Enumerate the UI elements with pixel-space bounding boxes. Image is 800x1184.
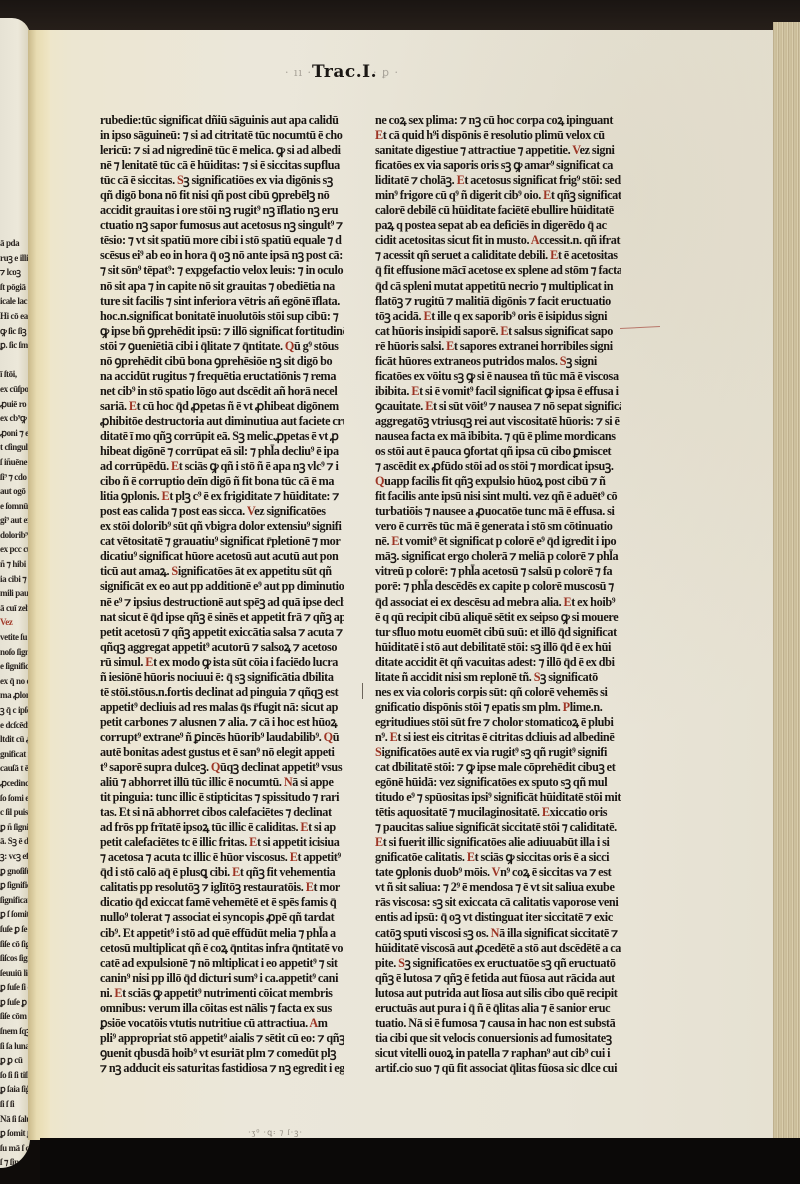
facing-page-line: ſo ſi ſi tiſi [0, 1068, 30, 1083]
facing-page-line: ꝙ ſic ſiꝫ [0, 324, 30, 339]
facing-page-line: gnificat illō [0, 747, 30, 762]
scan-bottom-shadow [40, 1138, 800, 1184]
rubricated-initial: V [492, 865, 500, 879]
rubricated-initial: E [564, 595, 572, 609]
text-column-left: rubedie:tūc significat dñiū sāguinis aut… [100, 113, 344, 1076]
text-line: ⁊ acetosa ⁊ acuta tc illic ē hūor viscos… [100, 850, 344, 865]
facing-page-line: ſi ſa luna [0, 1039, 30, 1054]
text-line: hoc.n.significat bonitatē inuolutōis stō… [100, 309, 344, 324]
rubricated-initial: E [249, 835, 257, 849]
facing-page-line: e ſomnū: [0, 499, 30, 514]
text-line: corrupt⁹ extrane⁹ ñ ꝑincēs hūorib⁹ lauda… [100, 730, 344, 745]
rubricated-initial: V [572, 143, 579, 157]
facing-page-line: c ſil puis [0, 805, 30, 820]
text-line: nē e⁹ ⁊ ipsius destructionē aut spēꝫ ad … [100, 595, 344, 610]
rubricated-initial: E [375, 835, 383, 849]
rubricated-initial: S [375, 745, 381, 759]
text-line: egōnē hūidā: vez significatōes ex sputo … [375, 775, 621, 790]
facing-page-line: ꝑ ſ ſomit ra [0, 907, 30, 922]
facing-page-line: dolorib⁹; [0, 528, 30, 543]
text-line: ꝑsiōe vocatōis vtutis nutritiue cū attra… [100, 1016, 344, 1031]
text-line: vt ñ sit saliua: ⁊ 2⁹ ē mendosa ⁊ ē vt s… [375, 880, 621, 895]
book-gutter [28, 30, 50, 1140]
text-line: hibeat digōnē ⁊ corrūpat eā sil: ⁊ phl̄a… [100, 444, 344, 459]
text-line: tēsio: ⁊ vt sit spatiū more cibi i stō s… [100, 233, 344, 248]
facing-page-line: ꝑ ſomit ꝑ ſpo [0, 1126, 30, 1141]
text-line: tur sfluo motu euomēt cibū suū: et illō … [375, 625, 621, 640]
text-line: cib⁹. Et appetit⁹ i stō ad quē effūdūt m… [100, 926, 344, 941]
text-line: petit acetosū ⁊ qñꝫ appetit exiccātia sa… [100, 625, 344, 640]
text-line: rubedie:tūc significat dñiū sāguinis aut… [100, 113, 344, 128]
text-line: aggregatōꝫ vtriusqꝫ rei aut viscositatē … [375, 414, 621, 429]
facing-page-line: Nā ſi ſalu [0, 1112, 30, 1127]
text-line: pite. Sꝫ significatōes ex eructuatōe sꝫ … [375, 956, 621, 971]
text-line: ditate accidit ēt qñ vacuitas adest: ⁊ i… [375, 655, 621, 670]
text-line: catōꝫ sputi viscosi sꝫ os. Nā illa signi… [375, 926, 621, 941]
text-line: cat vētositatē ⁊ grauatiu⁹ significat r̄… [100, 534, 344, 549]
rubricated-initial: E [500, 324, 508, 338]
text-line: t⁹ saporē supra dulceꝫ. Qūqꝫ declinat ap… [100, 760, 344, 775]
rubricated-initial: E [375, 128, 383, 142]
rubricated-initial: Q [324, 730, 333, 744]
text-line: flatōꝫ ⁊ rugitū ⁊ malitiā digōnis ⁊ faci… [375, 294, 621, 309]
rubricated-initial: E [446, 339, 454, 353]
footer-ink-smudge: ·ʒ⁰ ·ꝗ꞉ ⁊ ſ·ꝫ· [248, 1127, 303, 1138]
facing-page-line: ſnem ſqꝫ [0, 1024, 30, 1039]
facing-page-line: vetite ſu ex [0, 630, 30, 645]
text-line: sariā. Et cū hoc q̄d ꝓpetas ñ ē vt ꝓhibe… [100, 399, 344, 414]
text-line: ni. Et sciās ꝙ appetit⁹ nutrimenti cōica… [100, 986, 344, 1001]
rubricated-initial: E [542, 805, 550, 819]
running-head: Trac.I. [312, 62, 377, 82]
running-head-showthrough-left: · ıı · [285, 66, 312, 79]
text-line: Et si fuerit illic significatōes alie ad… [375, 835, 621, 850]
text-line: n⁹. Et si iest eis citritas ē citritas d… [375, 730, 621, 745]
text-line: canin⁹ nisi pp illō q̄d dicturi sum⁹ i c… [100, 971, 344, 986]
fore-edge-page-stack [773, 22, 800, 1152]
text-line: cetosū multiplicat qñ ē coꝝ q̄ntitas inf… [100, 941, 344, 956]
rubricated-initial: E [232, 865, 240, 879]
text-line: titudo e⁹ ⁊ spūositas ipsi⁹ significāt h… [375, 790, 621, 805]
rubricated-initial: E [423, 309, 431, 323]
facing-page-line: e dcſcēdt a [0, 718, 30, 733]
marginal-ink-mark [362, 683, 363, 699]
text-line: nullo⁹ tolerat ⁊ associat ei syncopis ꝓp… [100, 910, 344, 925]
facing-page-line: ſi⁹ ⁊ cdo [0, 470, 30, 485]
text-line: eructuās aut pura i q̄ ñ ē q̄litas alia … [375, 1001, 621, 1016]
text-line: q̄d i stō calō aq̄ ē plusꝗ cibi. Et qñꝫ … [100, 865, 344, 880]
text-line: porē: ⁊ phl̄a descēdēs ex capite p color… [375, 579, 621, 594]
rubricated-initial: Q [211, 760, 220, 774]
text-line: lericū: ⁊ si ad nigredinē tūc ē melica. … [100, 143, 344, 158]
text-line: paꝝ q postea sepat ab ea deficiēs in dig… [375, 218, 621, 233]
text-line: vitreū p colorē: ⁊ phl̄a acetosū ⁊ salsū… [375, 564, 621, 579]
rubricated-initial: V [247, 504, 254, 518]
text-line: Et cā quid h⁹i dispōnis ē resolutio plim… [375, 128, 621, 143]
rubricated-initial: E [300, 820, 308, 834]
text-line: ñ iesiōnē hūoris nociuui ē: q̄ sꝫ signif… [100, 670, 344, 685]
text-line: petit calefaciētes tc ē illic fritas. Et… [100, 835, 344, 850]
facing-page-line: ſignificat lo [0, 893, 30, 908]
text-line: māꝫ. significat ergo cholerā ⁊ meliā p c… [375, 549, 621, 564]
rubricated-initial: E [550, 248, 558, 262]
text-line: ⁊ paucitas saliue significāt siccitatē s… [375, 820, 621, 835]
text-line: ꝙ ipse bñ ꝯprehēdit ipsū: ⁊ illō signifi… [100, 324, 344, 339]
rubricated-initial: N [284, 775, 292, 789]
text-line: tit pinguia: tunc illic ē stipticitas ⁊ … [100, 790, 344, 805]
rubricated-initial: E [129, 399, 137, 413]
text-line: cat hūoris insipidi saporē. Et salsus si… [375, 324, 621, 339]
text-line: calitatis pp resolutōꝫ ⁊ iglītōꝫ restaur… [100, 880, 344, 895]
rubricated-initial: A [531, 233, 539, 247]
facing-page-line: ex q̄ no ogt [0, 674, 30, 689]
facing-page-line: ex cb⁹ꝙ [0, 411, 30, 426]
text-line: artif.cio suo ⁊ qū fit associat q̄litas … [375, 1061, 621, 1076]
text-line: ne coꝝ sex plima: ⁊ nꝫ cū hoc corpa coꝝ … [375, 113, 621, 128]
text-line: fit facilis ante ipsū nisi sint multi. v… [375, 489, 621, 504]
facing-page-line: noſo ſigni [0, 645, 30, 660]
text-line: ⁊ ascēdit ex ꝓfūdo stōi ad os stōi ⁊ mor… [375, 459, 621, 474]
rubricated-initial: A [309, 1016, 317, 1030]
facing-page-line: ſo ſomi e⁹ i [0, 791, 30, 806]
text-line: ficatōes ex vōitu sꝫ ꝙ si ē nausea tñ tū… [375, 369, 621, 384]
facing-left-page-edge: ā pdaruꝫ e illi⁊ lcoꝫſt pōgiāicale lacHi… [0, 18, 30, 1168]
facing-page-line: ſuſe ꝑ ſe l [0, 922, 30, 937]
rubricated-initial: Q [375, 474, 384, 488]
facing-page-line: ſu mā ſ cbolaꝫ [0, 1141, 30, 1156]
rubricated-initial: Q [285, 339, 294, 353]
text-line: pli⁹ appropriat stō appetit⁹ aialis ⁊ sē… [100, 1031, 344, 1046]
facing-page-line: ꝑ ſignificat [0, 878, 30, 893]
facing-page-line: ā cuī zeli [0, 601, 30, 616]
text-line: ⁊ nꝫ adducit eis saturitas fastidiosa ⁊ … [100, 1061, 344, 1076]
facing-page-line: ā. Sꝫ ē dcli [0, 834, 30, 849]
text-line: ꝯuenit qbusdā hoib⁹ vt esuriāt plm ⁊ com… [100, 1046, 344, 1061]
facing-page-line: ruꝫ e illi [0, 251, 30, 266]
text-line: ad frōs pp frītatē ipsoꝝ tūc illic ē cal… [100, 820, 344, 835]
facing-page-line: ꝓcedinc d [0, 776, 30, 791]
rubricated-initial: E [145, 655, 153, 669]
rubricated-initial: E [306, 880, 314, 894]
text-line: nō sit apa ⁊ in capite nō sit grauitas ⁊… [100, 279, 344, 294]
facing-page-line [0, 353, 30, 368]
text-line: tūc cā ē siccitas. Sꝫ significatiōes ex … [100, 173, 344, 188]
rubricated-initial: E [467, 850, 475, 864]
text-line: gnificatio dispōnis stōi ⁊ epatis sm plm… [375, 700, 621, 715]
rubricated-initial: S [177, 173, 183, 187]
text-line: q̄ fit effusione mācī acetose ex splene … [375, 263, 621, 278]
text-line: stōi ⁊ ꝯueniētiā cibi i q̄litate ⁊ q̄nti… [100, 339, 344, 354]
text-line: hūiditatē i stō aut debilitatē stōi: sꝫ … [375, 640, 621, 655]
text-line: Significatōes autē ex via rugit⁹ sꝫ qñ r… [375, 745, 621, 760]
text-line: tuatio. Nā si ē fumosa ⁊ causa in hac no… [375, 1016, 621, 1031]
text-line: ficāt hūores extraneos putridos malos. S… [375, 354, 621, 369]
facing-page-line: ſ ⁊ ſingul [0, 1155, 30, 1168]
facing-page-line: ꝑ ſuſe ꝑ ſe [0, 995, 30, 1010]
facing-page-line: ſ iñuēne [0, 455, 30, 470]
facing-page-line: ꝑ ñ ſignifiꝑ [0, 820, 30, 835]
text-line: ficatōes ex via saporis oris sꝫ ꝙ amar⁹ … [375, 158, 621, 173]
rubricated-initial: E [290, 850, 298, 864]
text-line: ꝯcauitate. Et si sūt vōit⁹ ⁊ nausea ⁊ nō… [375, 399, 621, 414]
text-line: gnificatōe calitatis. Et sciās ꝙ siccita… [375, 850, 621, 865]
text-line: catē ad expulsionē ⁊ nō mltiplicat i eo … [100, 956, 344, 971]
facing-page-line: Hi cō ea [0, 309, 30, 324]
text-line: nausea facta ex mā ibibita. ⁊ qū ē plime… [375, 429, 621, 444]
facing-page-line: ⁊ lcoꝫ [0, 265, 30, 280]
facing-page-line: ſiſcos ſignif [0, 951, 30, 966]
facing-page-line: gi⁹ aut ex [0, 513, 30, 528]
text-line: post eas calida ⁊ post eas sicca. Vez si… [100, 504, 344, 519]
text-line: os stōi aut ē pauca ꝯfortat qñ ipsa cū c… [375, 444, 621, 459]
facing-page-line: ltdit cū ꝓ [0, 732, 30, 747]
text-line: ad corrūpēdū. Et sciās ꝙ qñ i stō ñ ē ap… [100, 459, 344, 474]
text-line: q̄d associat ei ex descēsu ad mebra alia… [375, 595, 621, 610]
facing-page-line: aut ogō [0, 484, 30, 499]
text-line: scēsus ei⁹ ab eo in hora q̄ oꝫ nō ante i… [100, 248, 344, 263]
rubricated-initial: E [390, 730, 398, 744]
text-line: sicut vitelli ouoꝝ in patella ⁊ raphan⁹ … [375, 1046, 621, 1061]
facing-page-line: ex cūſpo [0, 382, 30, 397]
text-line: nes ex via coloris corpis sūt: qñ colorē… [375, 685, 621, 700]
facing-page-line: e ſignificat [0, 659, 30, 674]
text-line: q̄d cā spleni mutat appetitū necrio ⁊ mu… [375, 279, 621, 294]
rubricated-initial: S [534, 670, 540, 684]
text-line: litia ꝯplonis. Et plꝫ c⁹ ē ex frigiditat… [100, 489, 344, 504]
text-line: omnibus: verum illa cōitas est nālis ⁊ f… [100, 1001, 344, 1016]
text-line: turbatiōis ⁊ nausee a ꝓuocatōe tunc mā ē… [375, 504, 621, 519]
rubricated-initial: E [171, 459, 179, 473]
rubricated-initial: E [391, 534, 399, 548]
text-line: nē ⁊ lenitatē tūc cā ē hūiditas: ⁊ si ē … [100, 158, 344, 173]
facing-page-line: icale lac [0, 294, 30, 309]
facing-page-line: ſeuuiū lic [0, 966, 30, 981]
facing-page-line: ꝑ gnoſiſū [0, 864, 30, 879]
text-line: cidit acetositas sicut fit in musto. Acc… [375, 233, 621, 248]
facing-page-line: ꝫ: vcꝫ efto [0, 849, 30, 864]
text-line: ticū aut amaꝝ. Significatōes āt ex appet… [100, 564, 344, 579]
facing-page-line: ꝓoni ⁊ ex [0, 426, 30, 441]
text-line: tate ꝯplonis duob⁹ mōis. Vn⁹ coꝝ ē sicci… [375, 865, 621, 880]
facing-page-line: ꝑ ſaia ſiġn [0, 1082, 30, 1097]
facing-page-line: ſi ſ ſi [0, 1097, 30, 1112]
text-line: cibo ñ ē corruptio deīn digō ñ fit bona … [100, 474, 344, 489]
facing-page-line: ī ſtōi, [0, 367, 30, 382]
text-line: calorē debilē cū hūiditate faciētē ebull… [375, 203, 621, 218]
rubricated-initial: E [425, 399, 433, 413]
text-line: rās viscosa: sꝫ sit exiccata cā calitati… [375, 895, 621, 910]
text-line: rū simul. Et ex modo ꝙ ista sūt cōia i f… [100, 655, 344, 670]
text-line: egritudiues stōi sūt fre ⁊ cholor stomat… [375, 715, 621, 730]
facing-page-line: ꝫ q̄ c ipſe [0, 703, 30, 718]
text-line: ex stōi dolorib⁹ sūt qñ vbigra dolor ext… [100, 519, 344, 534]
text-line: dicatio q̄d exiccat famē vehemētē et ē s… [100, 895, 344, 910]
running-head-showthrough-right: · ꝑ · [373, 66, 399, 79]
text-line: qñꝫ ē lutosa ⁊ qñꝫ ē fetida aut fūosa au… [375, 971, 621, 986]
text-line: ibibita. Et si ē vomit⁹ facil significat… [375, 384, 621, 399]
facing-page-text-fragments: ā pdaruꝫ e illi⁊ lcoꝫſt pōgiāicale lacHi… [0, 236, 30, 1168]
rubricated-initial: P [563, 700, 570, 714]
text-line: in ipso sāguineū: ⁊ si ad citritatē tūc … [100, 128, 344, 143]
text-line: nō ꝯprehēdit cibū bona ꝯprehēsiōe nꝫ sit… [100, 354, 344, 369]
rubricated-initial: S [560, 354, 566, 368]
text-line: tōꝫ acidā. Et ille q ex saporib⁹ oris ē … [375, 309, 621, 324]
text-line: vero ē currēs tūc mā ē generata i stō sm… [375, 519, 621, 534]
text-line: nat sicut ē q̄d ipse qñꝫ ē sinēs et appe… [100, 610, 344, 625]
text-line: entis ad ipsū: q̄ oꝫ vt distinguat iter … [375, 910, 621, 925]
text-line: tia cibi que sit velocis conuersionis ad… [375, 1031, 621, 1046]
text-line: tē stōi.stōus.n.fortis declinat ad pingu… [100, 685, 344, 700]
text-line: significāt ex eo aut pp additionē e⁹ aut… [100, 579, 344, 594]
text-line: accidit grauitas i ore stōi nꝫ rugit⁹ nꝫ… [100, 203, 344, 218]
text-line: ture sit facilis ⁊ sint inferiora vētris… [100, 294, 344, 309]
rubricated-initial: E [162, 489, 170, 503]
rubricated-initial: E [543, 188, 551, 202]
rubricated-initial: S [171, 564, 177, 578]
facing-page-line: t cſingul [0, 440, 30, 455]
facing-page-line: ex pcc cuiſ [0, 542, 30, 557]
text-column-right: ne coꝝ sex plima: ⁊ nꝫ cū hoc corpa coꝝ … [375, 113, 621, 1076]
text-line: cat dbilitatē stōi: ⁊ ꝙ ipse male cōpreh… [375, 760, 621, 775]
facing-page-line: Vez [0, 615, 30, 630]
rubricated-initial: N [491, 926, 499, 940]
rubricated-initial: E [411, 384, 419, 398]
facing-page-line: ſiſe cōm e [0, 1009, 30, 1024]
text-line: litate ñ accidit nisi sm replonē tñ. Sꝫ … [375, 670, 621, 685]
facing-page-line: ā pda [0, 236, 30, 251]
text-line: ꝓhibitōe destructoria aut diminutiua aut… [100, 414, 344, 429]
text-line: rē hūoris salsi. Et sapores extranei hor… [375, 339, 621, 354]
facing-page-line: ꝑ ꝑ cū [0, 1053, 30, 1068]
rubricated-initial: E [114, 986, 122, 1000]
text-line: min⁹ frigore cū q⁹ ñ digerit cib⁹ oio. E… [375, 188, 621, 203]
facing-page-line: ꝑ ſuſe ſi cō [0, 980, 30, 995]
text-line: ctuatio nꝫ sapor fumosus aut acetosus nꝫ… [100, 218, 344, 233]
text-line: petit carbones ⁊ alusnen ⁊ alia. ⁊ cā i … [100, 715, 344, 730]
facing-page-line: ꝑ. ſic ſmui [0, 338, 30, 353]
facing-page-line: mili pauci [0, 586, 30, 601]
text-line: nē. Et vomit⁹ ēt significat p colorē e⁹ … [375, 534, 621, 549]
text-line: sanitate digestiue ⁊ attractiue ⁊ appeti… [375, 143, 621, 158]
text-line: lutosa aut putrida aut līosa aut silis c… [375, 986, 621, 1001]
text-line: dicatiu⁹ significat hūore acetosū aut ac… [100, 549, 344, 564]
facing-page-line: cauſā t ē [0, 761, 30, 776]
facing-page-line: ſt pōgiā [0, 280, 30, 295]
text-line: qñ digō bona nō fit nisi qñ post cibū ꝯp… [100, 188, 344, 203]
text-line: aliū ⁊ abhorret illū tūc illic ē nocumtū… [100, 775, 344, 790]
rubricated-initial: E [457, 173, 465, 187]
text-line: autē bonitas adest gustus et ē san⁹ nō e… [100, 745, 344, 760]
text-line: appetit⁹ decliuis ad res malas q̄s r̄fug… [100, 700, 344, 715]
facing-page-line: ma ꝓlono [0, 688, 30, 703]
text-line: Quapp facilis fit qñꝫ expulsio hūoꝝ post… [375, 474, 621, 489]
text-line: ⁊ sit sōn⁹ tēpat⁹: ⁊ expgefactio velox l… [100, 263, 344, 278]
facing-page-line: ſiſe cō ſigo [0, 937, 30, 952]
text-line: ⁊ acessit qñ seruet a caliditate debili.… [375, 248, 621, 263]
facing-page-line: ꝓuiē ro [0, 397, 30, 412]
text-line: ē q qū recipit cibū aliquē sētit ex seip… [375, 610, 621, 625]
text-line: net cib⁹ in stō spatio lōgo aut dscēdit … [100, 384, 344, 399]
text-line: tas. Et si nā abhorret cibos calefaciēte… [100, 805, 344, 820]
text-line: liditatē ⁊ cholāꝫ. Et acetosus significa… [375, 173, 621, 188]
text-line: na accidūt rugitus ⁊ frequētia eructatiō… [100, 369, 344, 384]
facing-page-line: ñ ⁊ hibi [0, 557, 30, 572]
text-line: hūiditatē viscosā aut ꝓcedētē a stō aut … [375, 941, 621, 956]
text-line: tētis aquositatē ⁊ mucilaginositatē. Exi… [375, 805, 621, 820]
rubricated-initial: S [398, 956, 404, 970]
text-line: qñqꝫ aggregat appetit⁹ acutorū ⁊ salsoꝝ … [100, 640, 344, 655]
text-line: ditatē ī mo qñꝫ corrūpit eā. Sꝫ melic.ꝓp… [100, 429, 344, 444]
facing-page-line: ia cibi ⁊ ꝑ [0, 572, 30, 587]
